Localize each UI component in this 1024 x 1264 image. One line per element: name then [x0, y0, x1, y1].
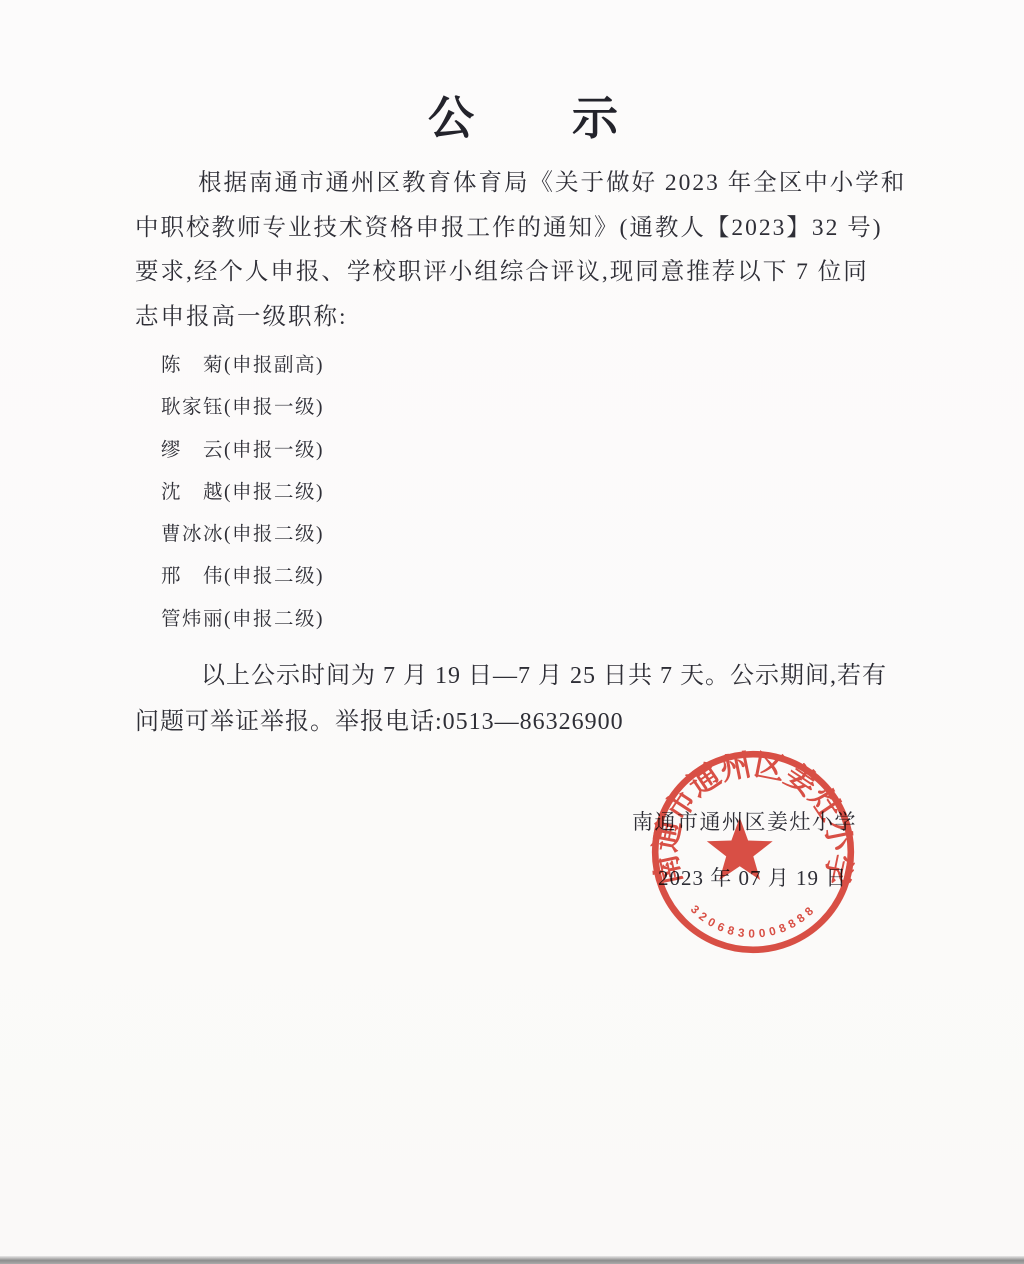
nominee-item: 曹冰冰(申报二级)	[161, 514, 324, 556]
nominee-list: 陈 菊(申报副高) 耿家钰(申报一级) 缪 云(申报一级) 沈 越(申报二级) …	[161, 345, 324, 641]
closing-line: 以上公示时间为 7 月 19 日—7 月 25 日共 7 天。公示期间,若有	[135, 653, 921, 699]
closing-line: 问题可举证举报。举报电话:0513—86326900	[135, 699, 921, 745]
nominee-item: 缪 云(申报一级)	[161, 430, 324, 472]
intro-line: 根据南通市通州区教育体育局《关于做好 2023 年全区中小学和	[135, 161, 921, 206]
intro-paragraph: 根据南通市通州区教育体育局《关于做好 2023 年全区中小学和 中职校教师专业技…	[135, 161, 921, 339]
scanned-notice-page: 公 示 根据南通市通州区教育体育局《关于做好 2023 年全区中小学和 中职校教…	[0, 0, 1024, 1264]
intro-line: 要求,经个人申报、学校职评小组综合评议,现同意推荐以下 7 位同	[135, 250, 921, 295]
intro-line: 志申报高一级职称:	[135, 295, 921, 340]
official-seal: 南通市通州区姜灶小学 3206830008888	[646, 745, 860, 959]
nominee-item: 沈 越(申报二级)	[161, 472, 324, 514]
intro-line: 中职校教师专业技术资格申报工作的通知》(通教人【2023】32 号)	[135, 206, 921, 251]
seal-star-icon	[707, 817, 773, 880]
scanner-edge-shadow	[0, 1256, 1024, 1264]
nominee-item: 耿家钰(申报一级)	[161, 387, 324, 429]
nominee-item: 陈 菊(申报副高)	[161, 345, 324, 387]
nominee-item: 管炜丽(申报二级)	[161, 599, 324, 641]
nominee-item: 邢 伟(申报二级)	[161, 556, 324, 598]
page-title: 公 示	[135, 82, 913, 148]
closing-paragraph: 以上公示时间为 7 月 19 日—7 月 25 日共 7 天。公示期间,若有 问…	[135, 653, 921, 745]
